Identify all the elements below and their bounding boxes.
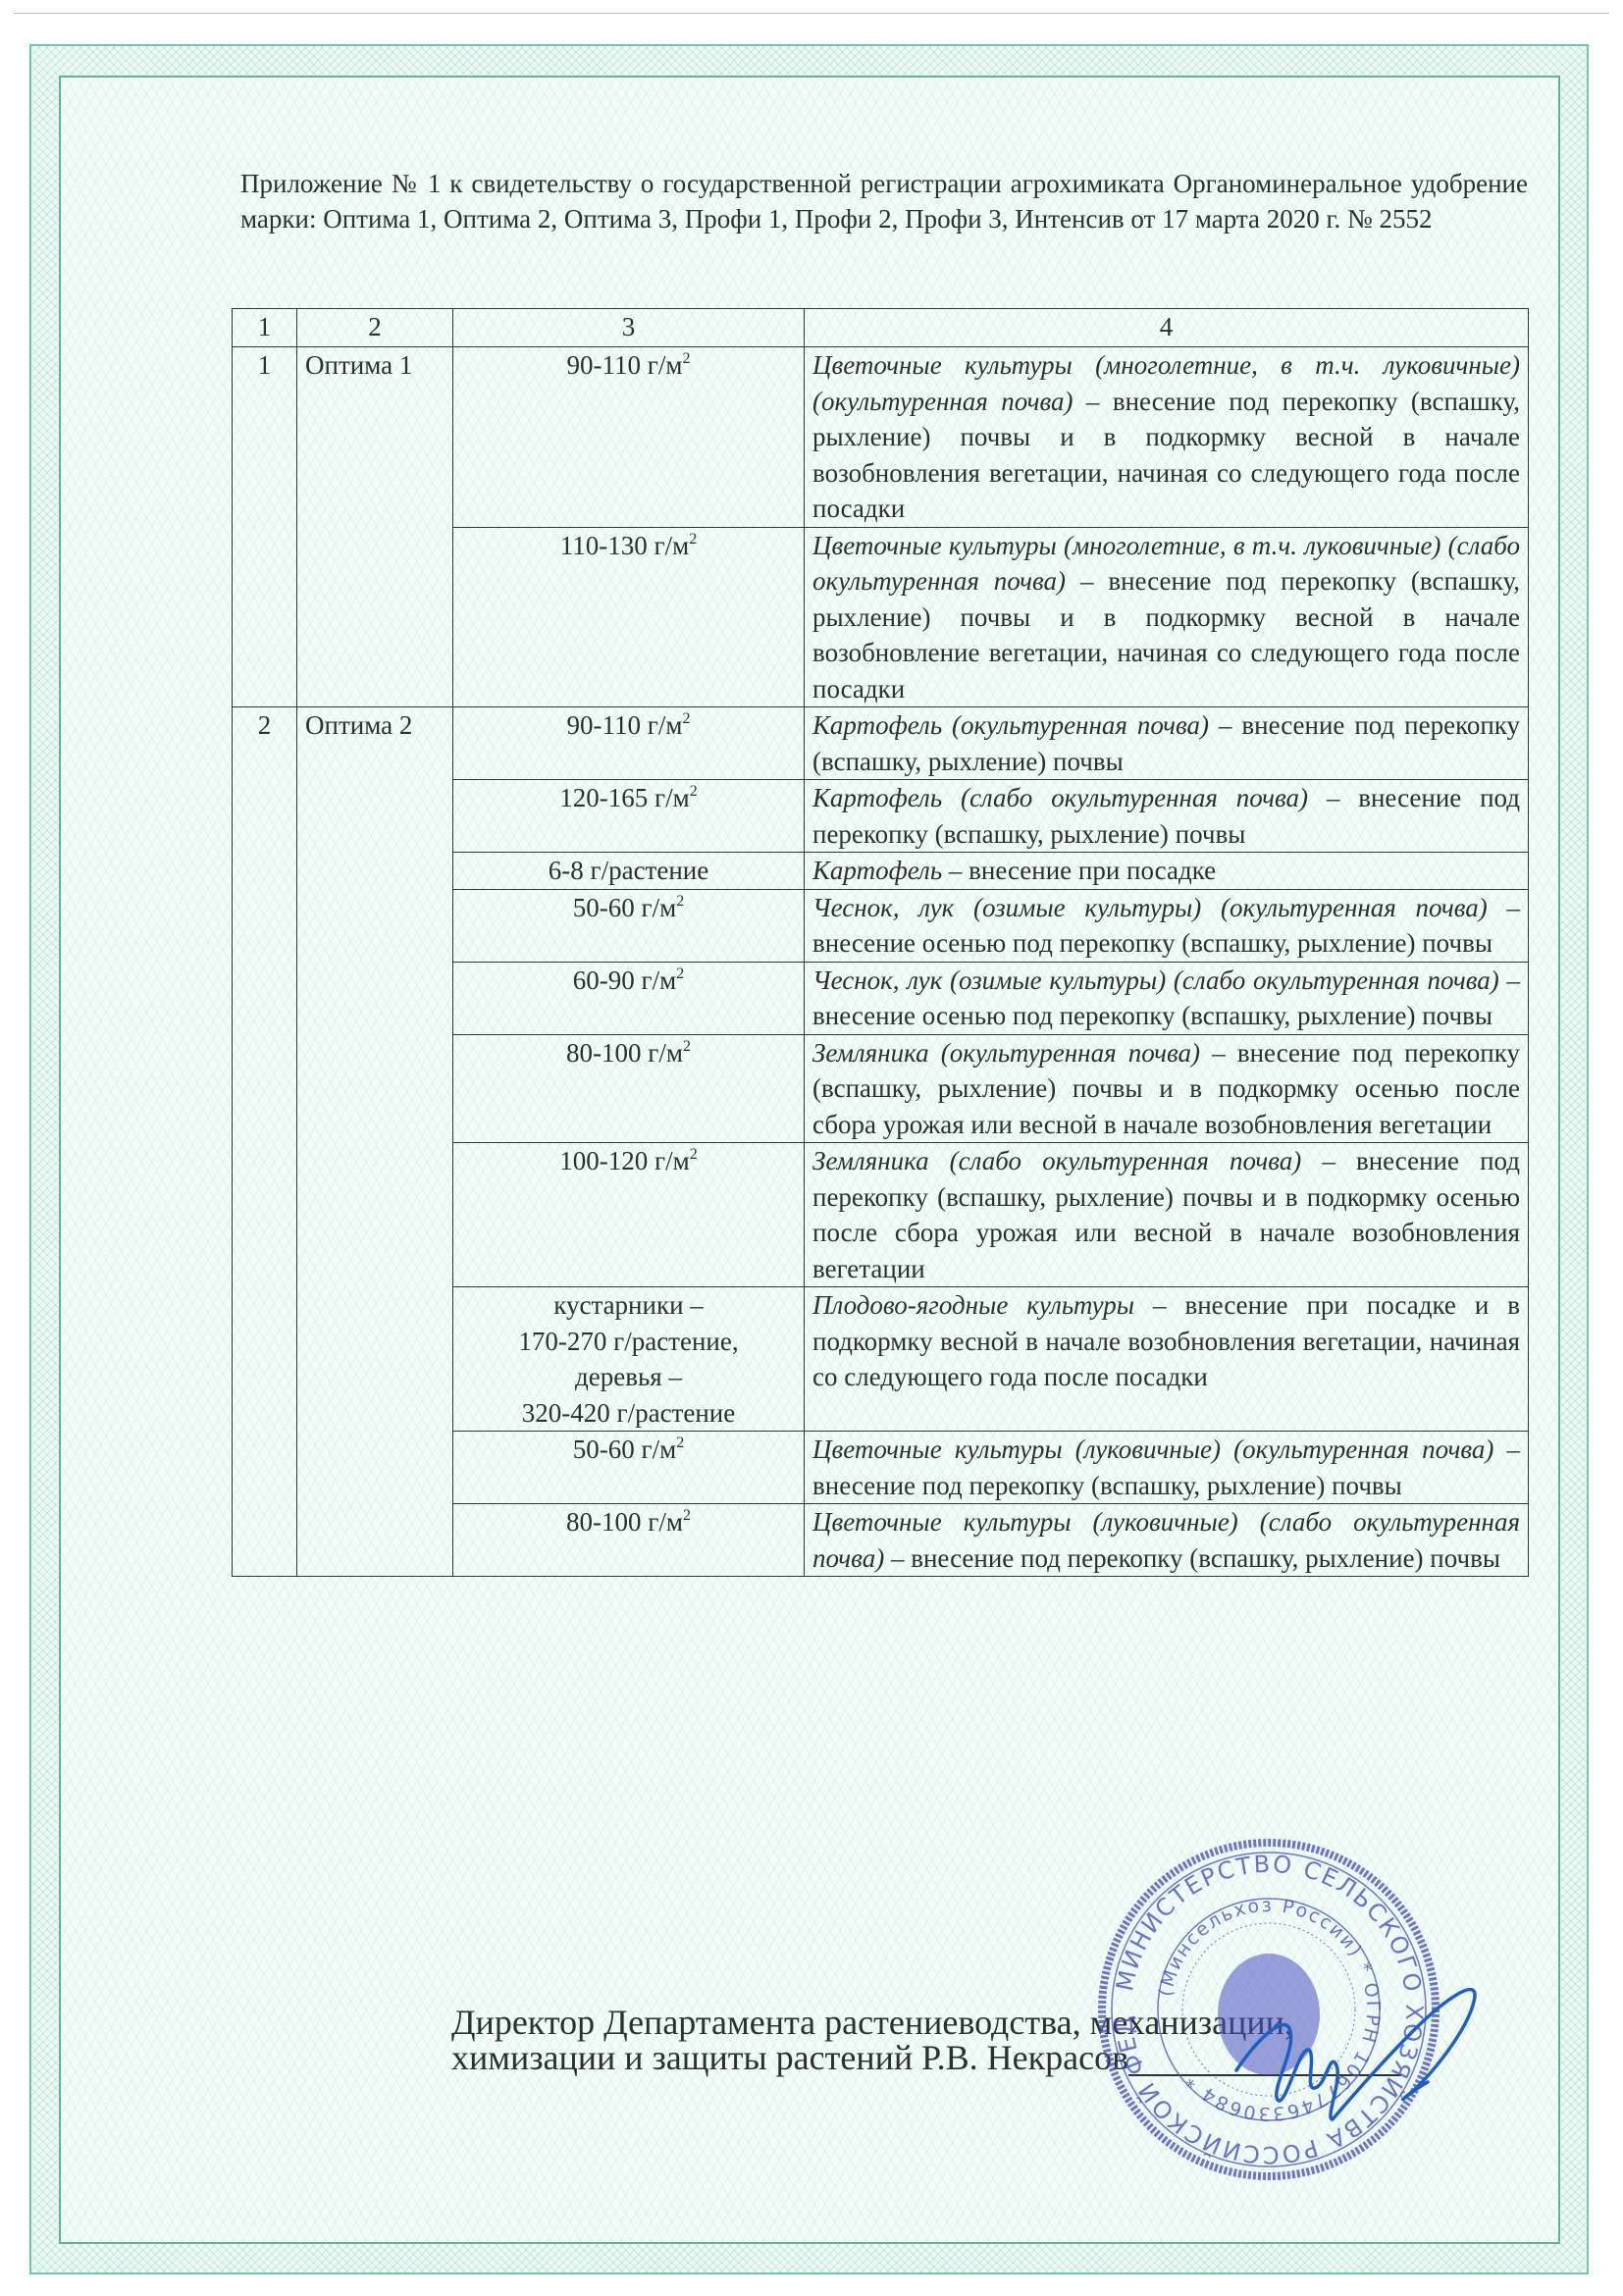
rate-value: 50-60 г/м [573,893,676,922]
crop-and-method: Картофель – внесение при посадке [805,853,1529,890]
table-header-row: 1 2 3 4 [233,309,1529,347]
application-method: – внесение при посадке [942,856,1216,885]
rate-unit-exponent: 2 [690,1146,698,1163]
rate-unit-exponent: 2 [690,783,698,800]
rate-value: 80-100 г/м [566,1038,683,1068]
rate-value: 120-165 г/м [559,783,689,812]
rate-value: 60-90 г/м [573,965,676,995]
crop-name: Плодово-ягодные культуры [812,1290,1134,1320]
crop-name: Чеснок, лук (озимые культуры) (слабо оку… [812,965,1499,995]
rate-value: 90-110 г/м [567,350,683,380]
application-method: – внесение под перекопку (вспашку, рыхле… [884,1543,1500,1573]
column-header: 3 [453,309,805,347]
crop-name: Земляника (слабо окультуренная почва) [812,1146,1301,1175]
rate-unit-exponent: 2 [676,1435,684,1451]
crop-and-method: Плодово-ягодные культуры – внесение при … [805,1287,1529,1432]
crop-and-method: Чеснок, лук (озимые культуры) (слабо оку… [805,962,1529,1034]
registration-table: 1 2 3 4 1Оптима 190-110 г/м2Цветочные ку… [232,308,1529,1577]
rate-line: деревья – [461,1359,796,1395]
rate-unit-exponent: 2 [683,1038,691,1055]
crop-and-method: Картофель (окультуренная почва) – внесен… [805,707,1529,780]
application-rate: 90-110 г/м2 [453,347,805,528]
application-rate: 6-8 г/растение [453,853,805,890]
rate-unit-exponent: 2 [689,531,697,548]
rate-unit-exponent: 2 [676,965,684,982]
application-rate: 50-60 г/м2 [453,1432,805,1504]
table-row: 2Оптима 290-110 г/м2Картофель (окультуре… [233,707,1529,780]
crop-and-method: Картофель (слабо окультуренная почва) – … [805,780,1529,853]
application-rate: 120-165 г/м2 [453,780,805,853]
brand-name: Оптима 1 [297,347,453,707]
crop-and-method: Цветочные культуры (многолетние, в т.ч. … [805,527,1529,707]
crop-name: Земляника (окультуренная почва) [812,1038,1200,1068]
application-rate: 110-130 г/м2 [453,527,805,707]
scan-edge-line [14,13,1609,14]
rate-unit-exponent: 2 [676,893,684,910]
crop-name: Картофель (окультуренная почва) [812,710,1209,740]
application-rate: 50-60 г/м2 [453,889,805,962]
crop-and-method: Цветочные культуры (луковичные) (окульту… [805,1432,1529,1504]
rate-value: 6-8 г/растение [549,856,708,885]
rate-line: 170-270 г/растение, [461,1324,796,1360]
row-number: 1 [233,347,297,707]
rate-line: 320-420 г/растение [461,1395,796,1432]
rate-value: 110-130 г/м [560,531,689,560]
crop-and-method: Цветочные культуры (многолетние, в т.ч. … [805,347,1529,528]
application-rate: 80-100 г/м2 [453,1504,805,1577]
crop-name: Картофель (слабо окультуренная почва) [812,783,1308,812]
crop-and-method: Земляника (окультуренная почва) – внесен… [805,1034,1529,1143]
row-number: 2 [233,707,297,1577]
rate-value: 50-60 г/м [573,1435,676,1464]
rate-unit-exponent: 2 [683,1507,691,1524]
rate-value: 100-120 г/м [559,1146,689,1175]
column-header: 1 [233,309,297,347]
column-header: 2 [297,309,453,347]
table-row: 1Оптима 190-110 г/м2Цветочные культуры (… [233,347,1529,528]
application-rate: 90-110 г/м2 [453,707,805,780]
handwritten-signature-icon [1217,1972,1501,2139]
crop-name: Чеснок, лук (озимые культуры) (окультуре… [812,893,1488,922]
rate-unit-exponent: 2 [682,710,690,727]
crop-and-method: Цветочные культуры (луковичные) (слабо о… [805,1504,1529,1577]
crop-name: Цветочные культуры (луковичные) (окульту… [812,1435,1493,1464]
application-rate: кустарники –170-270 г/растение,деревья –… [453,1287,805,1432]
rate-unit-exponent: 2 [682,350,690,367]
rate-value: 80-100 г/м [566,1507,683,1537]
crop-and-method: Земляника (слабо окультуренная почва) – … [805,1143,1529,1287]
appendix-heading: Приложение № 1 к свидетельству о государ… [240,167,1528,236]
rate-value: 90-110 г/м [567,710,683,740]
application-rate: 60-90 г/м2 [453,962,805,1034]
crop-and-method: Чеснок, лук (озимые культуры) (окультуре… [805,889,1529,962]
crop-name: Картофель [812,856,942,885]
column-header: 4 [805,309,1529,347]
application-rate: 100-120 г/м2 [453,1143,805,1287]
rate-line: кустарники – [461,1287,796,1324]
application-rate: 80-100 г/м2 [453,1034,805,1143]
brand-name: Оптима 2 [297,707,453,1577]
